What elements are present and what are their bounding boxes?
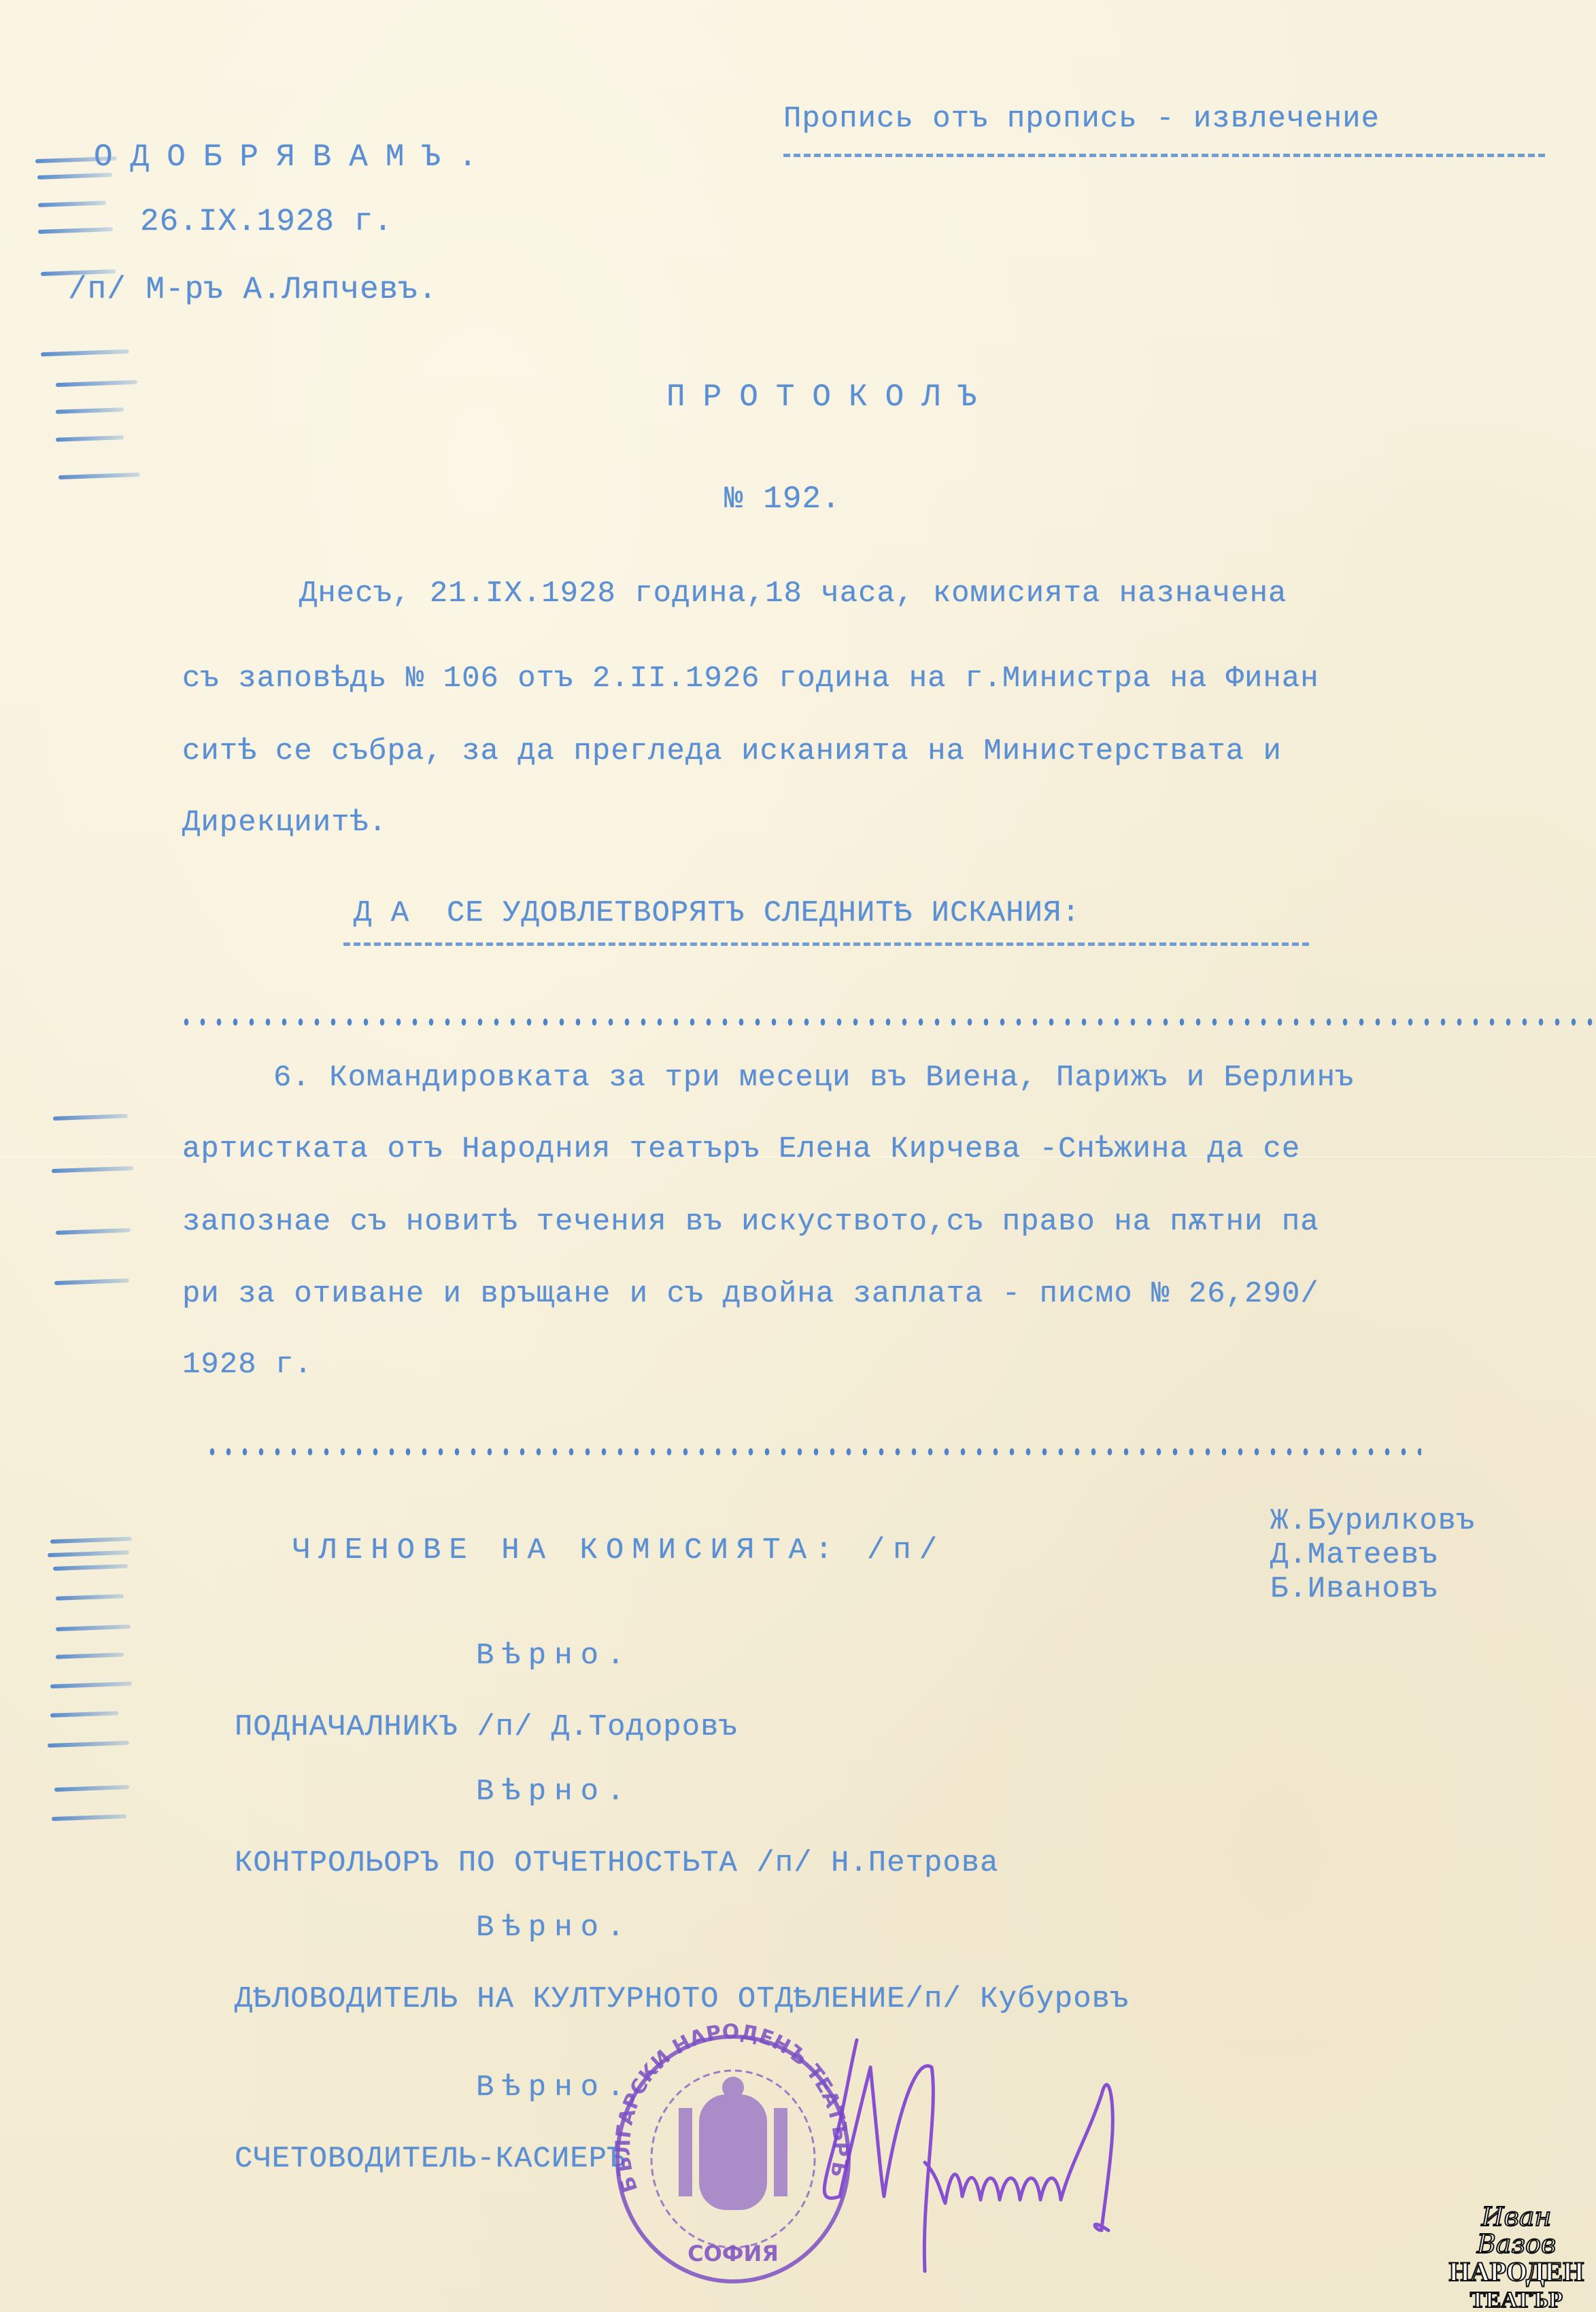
document-number: № 192.: [724, 481, 841, 517]
certification-role: СЧЕТОВОДИТЕЛЬ-КАСИЕРЪ: [235, 2142, 626, 2176]
certification-role: ПОДНАЧАЛНИКЪ /п/ Д.Тодоровъ: [235, 1710, 738, 1744]
item-line: 6. Командировката за три месеци въ Виена…: [273, 1061, 1354, 1095]
document-title: ПРОТОКОЛЪ: [666, 379, 994, 415]
logo-script: Иван Вазов: [1448, 2203, 1584, 2258]
certified-label: Вѣрно.: [476, 1775, 632, 1809]
handwritten-signature: [802, 2026, 1156, 2285]
resolution-heading: Д А СЕ УДОВЛЕТВОРЯТЪ СЛЕДНИТѢ ИСКАНИЯ:: [354, 896, 1081, 930]
approval-date: 26.IX.1928 г.: [140, 204, 393, 239]
intro-line: Дирекциитѣ.: [182, 806, 387, 840]
logo-line-1: НАРОДЕН: [1448, 2258, 1584, 2286]
intro-line: Днесъ, 21.IX.1928 година,18 часа, комиси…: [299, 577, 1287, 611]
intro-line: ситѣ се събра, за да прегледа исканията …: [182, 734, 1282, 768]
item-line: ри за отиване и връщане и съ двойна запл…: [182, 1277, 1319, 1311]
commission-member: Ж.Бурилковъ: [1270, 1504, 1475, 1538]
copy-note: Пропись отъ пропись - извлечение: [783, 102, 1380, 136]
dotted-separator: [178, 1017, 1596, 1027]
certified-label: Вѣрно.: [476, 1639, 632, 1673]
certification-role: ДѢЛОВОДИТЕЛЬ НА КУЛТУРНОТО ОТДѢЛЕНИЕ/п/ …: [235, 1982, 1129, 2016]
logo-line-2: ТЕАТЪР: [1448, 2286, 1584, 2312]
approval-signer: /п/ М-ръ А.Ляпчевъ.: [68, 272, 438, 307]
item-line: 1928 г.: [182, 1348, 313, 1382]
item-line: артистката отъ Народния театъръ Елена Ки…: [182, 1132, 1300, 1166]
intro-line: съ заповѣдь № 106 отъ 2.II.1926 година н…: [182, 662, 1319, 696]
commission-label: ЧЛЕНОВЕ НА КОМИСИЯТА: /п/: [292, 1533, 945, 1567]
certification-role: КОНТРОЛЬОРЪ ПО ОТЧЕТНОСТЬТА /п/ Н.Петров…: [235, 1846, 999, 1880]
item-line: запознае съ новитѣ течения въ искуството…: [182, 1205, 1319, 1239]
copy-note-underline: [783, 154, 1545, 157]
stamp-city: СОФИЯ: [687, 2241, 779, 2266]
commission-member: Б.Ивановъ: [1270, 1572, 1438, 1606]
approval-title: ОДОБРЯВАМЪ.: [94, 139, 495, 175]
dotted-separator: [204, 1447, 1421, 1457]
national-theatre-logo: Иван Вазов НАРОДЕН ТЕАТЪР: [1448, 2203, 1584, 2292]
commission-member: Д.Матеевъ: [1270, 1538, 1438, 1572]
resolution-underline: [343, 942, 1309, 946]
certified-label: Вѣрно.: [476, 1911, 632, 1945]
